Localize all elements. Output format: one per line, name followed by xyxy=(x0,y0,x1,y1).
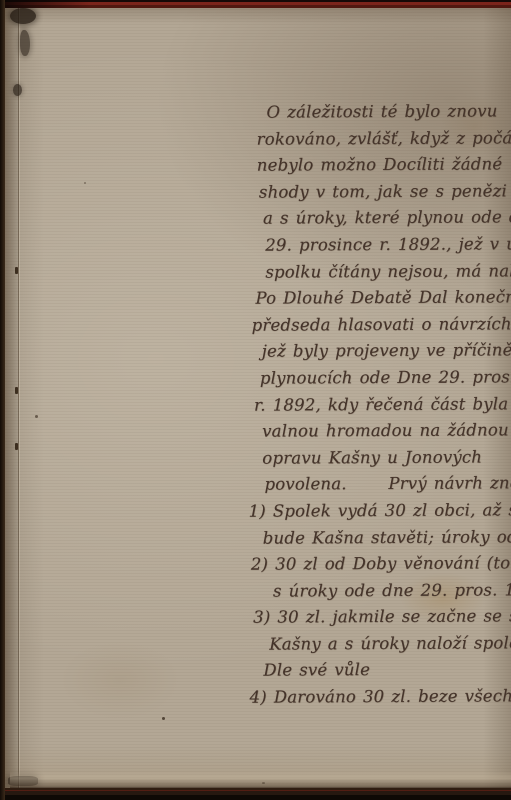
manuscript-text-line: předseda hlasovati o návrzích, xyxy=(244,311,511,339)
book-binding-left-edge xyxy=(0,0,5,800)
manuscript-text-line: plynoucích ode Dne 29. prosince xyxy=(244,364,511,392)
binding-stitch-mark xyxy=(15,387,18,394)
manuscript-text-line: Kašny a s úroky naloží spolek xyxy=(245,630,511,658)
manuscript-text-line: 3) 30 zl. jakmile se začne se stavbou xyxy=(245,604,511,632)
manuscript-text-line: povolena. Prvý návrh zněl : xyxy=(244,471,511,499)
manuscript-text-line: rokováno, zvlášť, když z počátku xyxy=(243,125,511,153)
manuscript-text-line: shody v tom, jak se s penězi těmi xyxy=(243,178,511,206)
binding-stitch-mark xyxy=(15,267,18,274)
book-cover-top-edge xyxy=(0,0,511,8)
underlying-page-edge xyxy=(5,8,18,788)
ink-smudge xyxy=(20,30,30,56)
manuscript-text-line: 1) Spolek vydá 30 zl obci, až se xyxy=(244,497,511,525)
manuscript-text-line: nebylo možno Docíliti žádné xyxy=(243,151,511,179)
paper-speck xyxy=(84,182,86,184)
manuscript-text-line: a s úroky, které plynou ode dne xyxy=(243,205,511,233)
ink-smudge xyxy=(13,84,22,96)
page-bottom-curl xyxy=(10,771,511,788)
manuscript-text-line: jež byly projeveny ve příčině úroků xyxy=(244,338,511,366)
manuscript-text-line: s úroky ode dne 29. pros. 1892.) xyxy=(245,577,511,605)
paper-speck xyxy=(35,415,38,418)
manuscript-text-line: Dle své vůle xyxy=(245,657,511,685)
book-cover-bottom-edge xyxy=(0,788,511,800)
manuscript-text-line: spolku čítány nejsou, má naložiti. xyxy=(243,258,511,286)
manuscript-photo: O záležitosti té bylo znovu živěrokováno… xyxy=(0,0,511,800)
binding-crease xyxy=(18,8,20,788)
manuscript-text-line: r. 1892, kdy řečená část byla xyxy=(244,391,511,419)
manuscript-text-line: opravu Kašny u Jonových xyxy=(244,444,511,472)
manuscript-text-line: 29. prosince r. 1892., jež v účty xyxy=(243,231,511,259)
manuscript-text-line: bude Kašna stavěti; úroky odpadají xyxy=(245,524,511,552)
handwritten-text-block: O záležitosti té bylo znovu živěrokováno… xyxy=(242,98,511,711)
manuscript-text-line: 2) 30 zl od Doby věnování (totiž i xyxy=(245,550,511,578)
ink-smudge xyxy=(10,8,36,24)
manuscript-text-line: valnou hromadou na žádnou xyxy=(244,417,511,445)
binding-stitch-mark xyxy=(15,443,18,450)
manuscript-text-line: Po Dlouhé Debatě Dal konečně xyxy=(243,284,511,312)
manuscript-text-line: O záležitosti té bylo znovu živě xyxy=(242,98,511,126)
paper-speck xyxy=(162,717,165,720)
manuscript-text-line: 4) Darováno 30 zl. beze všech podmínek xyxy=(245,683,511,711)
paper-stain xyxy=(60,640,180,720)
